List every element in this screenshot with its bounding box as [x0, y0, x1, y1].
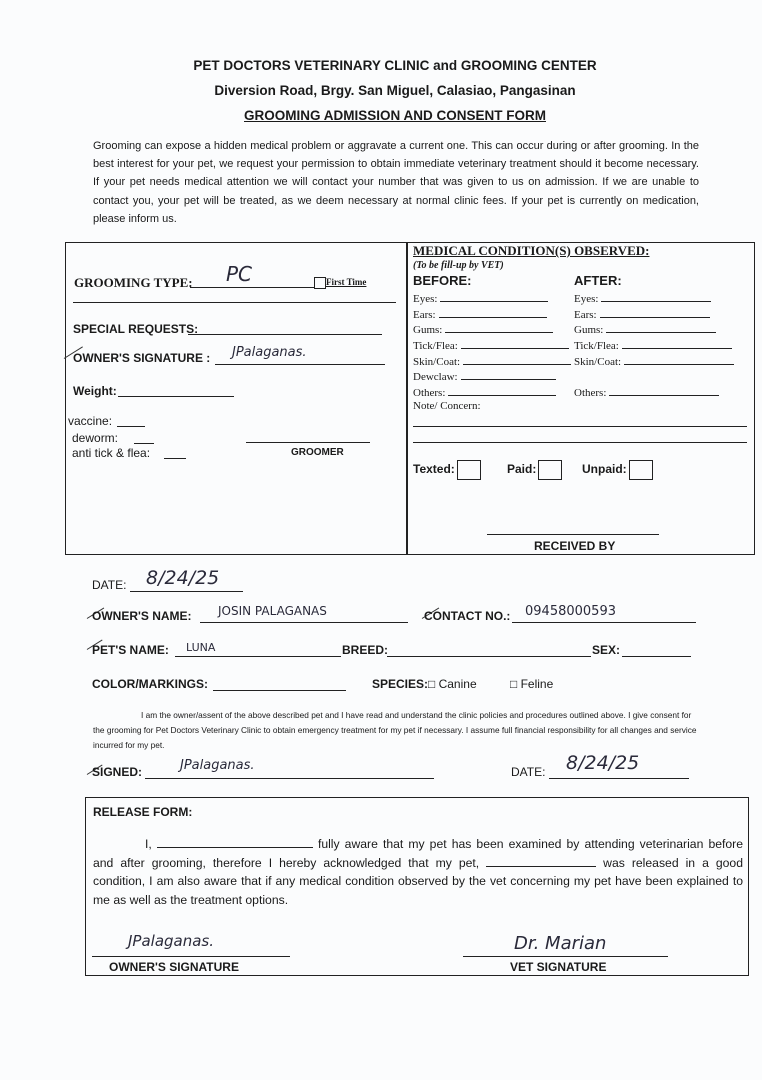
canine-label: Canine — [439, 677, 477, 691]
release-owner-signature-field[interactable] — [92, 956, 290, 957]
owner-name-label: OWNER'S NAME: — [92, 609, 192, 623]
special-requests-field[interactable] — [188, 334, 382, 335]
species-label: SPECIES: — [372, 677, 428, 691]
note-concern-label: Note/ Concern: — [413, 400, 481, 412]
after-label: AFTER: — [574, 273, 622, 288]
received-by-label: RECEIVED BY — [534, 539, 615, 553]
sex-field[interactable] — [622, 656, 691, 657]
vet-signature-field[interactable] — [463, 956, 668, 957]
breed-field[interactable] — [387, 656, 591, 657]
owner-signature-field[interactable] — [215, 364, 385, 365]
breed-label: BREED: — [342, 643, 388, 657]
unpaid-field: Unpaid: — [582, 460, 653, 480]
consent-paragraph: I am the owner/assent of the above descr… — [93, 708, 699, 752]
contact-field[interactable] — [512, 622, 696, 623]
before-label: BEFORE: — [413, 273, 472, 288]
consent-date-field[interactable] — [549, 778, 689, 779]
checkbox-icon: □ — [510, 677, 521, 691]
paid-label: Paid: — [507, 462, 536, 476]
grooming-type-extra-line[interactable] — [73, 302, 396, 303]
release-pet-name-field[interactable] — [486, 855, 596, 867]
owner-name-value: JOSIN PALAGANAS — [218, 604, 327, 618]
signed-label: SIGNED: — [92, 765, 142, 779]
first-time-label: First Time — [326, 277, 366, 287]
checkbox-icon: □ — [428, 677, 439, 691]
consent-text-1: I am the owner/assent of the above descr… — [141, 710, 626, 720]
date-value: 8/24/25 — [146, 567, 219, 589]
texted-label: Texted: — [413, 462, 455, 476]
release-text-a: I, — [145, 837, 152, 851]
owner-signature-value: JPalaganas. — [232, 345, 307, 360]
after-field-others[interactable]: Others: — [574, 385, 719, 399]
grooming-type-value: PC — [226, 262, 252, 286]
after-field-eyes[interactable]: Eyes: — [574, 291, 711, 305]
owner-name-field[interactable] — [200, 622, 408, 623]
feline-label: Feline — [521, 677, 554, 691]
contact-value: 09458000593 — [525, 604, 616, 619]
owner-signature-caption: OWNER'S SIGNATURE — [109, 960, 239, 974]
date-field[interactable] — [130, 591, 243, 592]
signed-value: JPalaganas. — [180, 758, 255, 773]
clinic-address: Diversion Road, Brgy. San Miguel, Calasi… — [0, 83, 762, 98]
species-option-canine[interactable]: □ Canine — [428, 677, 477, 691]
release-paragraph: I, fully aware that my pet has been exam… — [93, 835, 743, 909]
before-field-others[interactable]: Others: — [413, 385, 556, 399]
anti-tick-flea-field[interactable] — [164, 458, 186, 459]
first-time-checkbox[interactable] — [314, 277, 326, 289]
contact-label: CONTACT NO.: — [424, 609, 510, 623]
medical-title: MEDICAL CONDITION(S) OBSERVED: — [413, 243, 649, 259]
paid-field: Paid: — [507, 460, 562, 480]
groomer-label: GROOMER — [291, 447, 344, 458]
before-field-ears[interactable]: Ears: — [413, 307, 547, 321]
before-field-tickflea[interactable]: Tick/Flea: — [413, 338, 569, 352]
texted-field: Texted: — [413, 460, 481, 480]
before-field-dewclaw[interactable]: Dewclaw: — [413, 369, 556, 383]
anti-tick-flea-label: anti tick & flea: — [72, 446, 150, 460]
deworm-field[interactable] — [134, 443, 154, 444]
paid-checkbox[interactable] — [538, 460, 562, 480]
color-markings-label: COLOR/MARKINGS: — [92, 677, 208, 691]
texted-checkbox[interactable] — [457, 460, 481, 480]
vet-signature-caption: VET SIGNATURE — [510, 960, 606, 974]
pet-name-field[interactable] — [175, 656, 341, 657]
special-requests-label: SPECIAL REQUESTS: — [73, 322, 198, 336]
weight-label: Weight: — [73, 384, 117, 398]
species-option-feline[interactable]: □ Feline — [510, 677, 553, 691]
grooming-type-field[interactable] — [190, 287, 314, 288]
pet-name-label: PET'S NAME: — [92, 643, 169, 657]
after-field-gums[interactable]: Gums: — [574, 322, 716, 336]
medical-subtitle: (To be fill-up by VET) — [413, 260, 504, 271]
before-field-gums[interactable]: Gums: — [413, 322, 553, 336]
clinic-name: PET DOCTORS VETERINARY CLINIC and GROOMI… — [0, 58, 762, 73]
before-field-eyes[interactable]: Eyes: — [413, 291, 548, 305]
vaccine-field[interactable] — [117, 426, 145, 427]
grooming-type-label: GROOMING TYPE: — [74, 275, 193, 291]
deworm-label: deworm: — [72, 431, 118, 445]
after-field-skincoat[interactable]: Skin/Coat: — [574, 354, 734, 368]
before-field-skincoat[interactable]: Skin/Coat: — [413, 354, 571, 368]
date-label: DATE: — [92, 578, 126, 592]
after-field-tickflea[interactable]: Tick/Flea: — [574, 338, 732, 352]
release-owner-signature-value: JPalaganas. — [128, 932, 214, 950]
consent-date-label: DATE: — [511, 765, 545, 779]
form-title: GROOMING ADMISSION AND CONSENT FORM — [0, 108, 762, 123]
note-line-1[interactable] — [413, 426, 747, 427]
pet-name-value: LUNA — [186, 641, 215, 654]
weight-field[interactable] — [118, 396, 234, 397]
signed-field[interactable] — [145, 778, 434, 779]
note-line-2[interactable] — [413, 442, 747, 443]
owner-signature-label: OWNER'S SIGNATURE : — [73, 351, 210, 365]
after-field-ears[interactable]: Ears: — [574, 307, 710, 321]
color-markings-field[interactable] — [213, 690, 346, 691]
unpaid-label: Unpaid: — [582, 462, 627, 476]
vaccine-label: vaccine: — [68, 414, 112, 428]
box-divider — [406, 242, 408, 554]
groomer-signature-field[interactable] — [246, 442, 370, 443]
received-by-field[interactable] — [487, 534, 659, 535]
release-title: RELEASE FORM: — [93, 805, 192, 819]
release-owner-name-field[interactable] — [157, 836, 313, 848]
consent-date-value: 8/24/25 — [566, 752, 639, 774]
intro-paragraph: Grooming can expose a hidden medical pro… — [93, 137, 699, 228]
vet-signature-value: Dr. Marian — [514, 933, 606, 954]
sex-label: SEX: — [592, 643, 620, 657]
unpaid-checkbox[interactable] — [629, 460, 653, 480]
